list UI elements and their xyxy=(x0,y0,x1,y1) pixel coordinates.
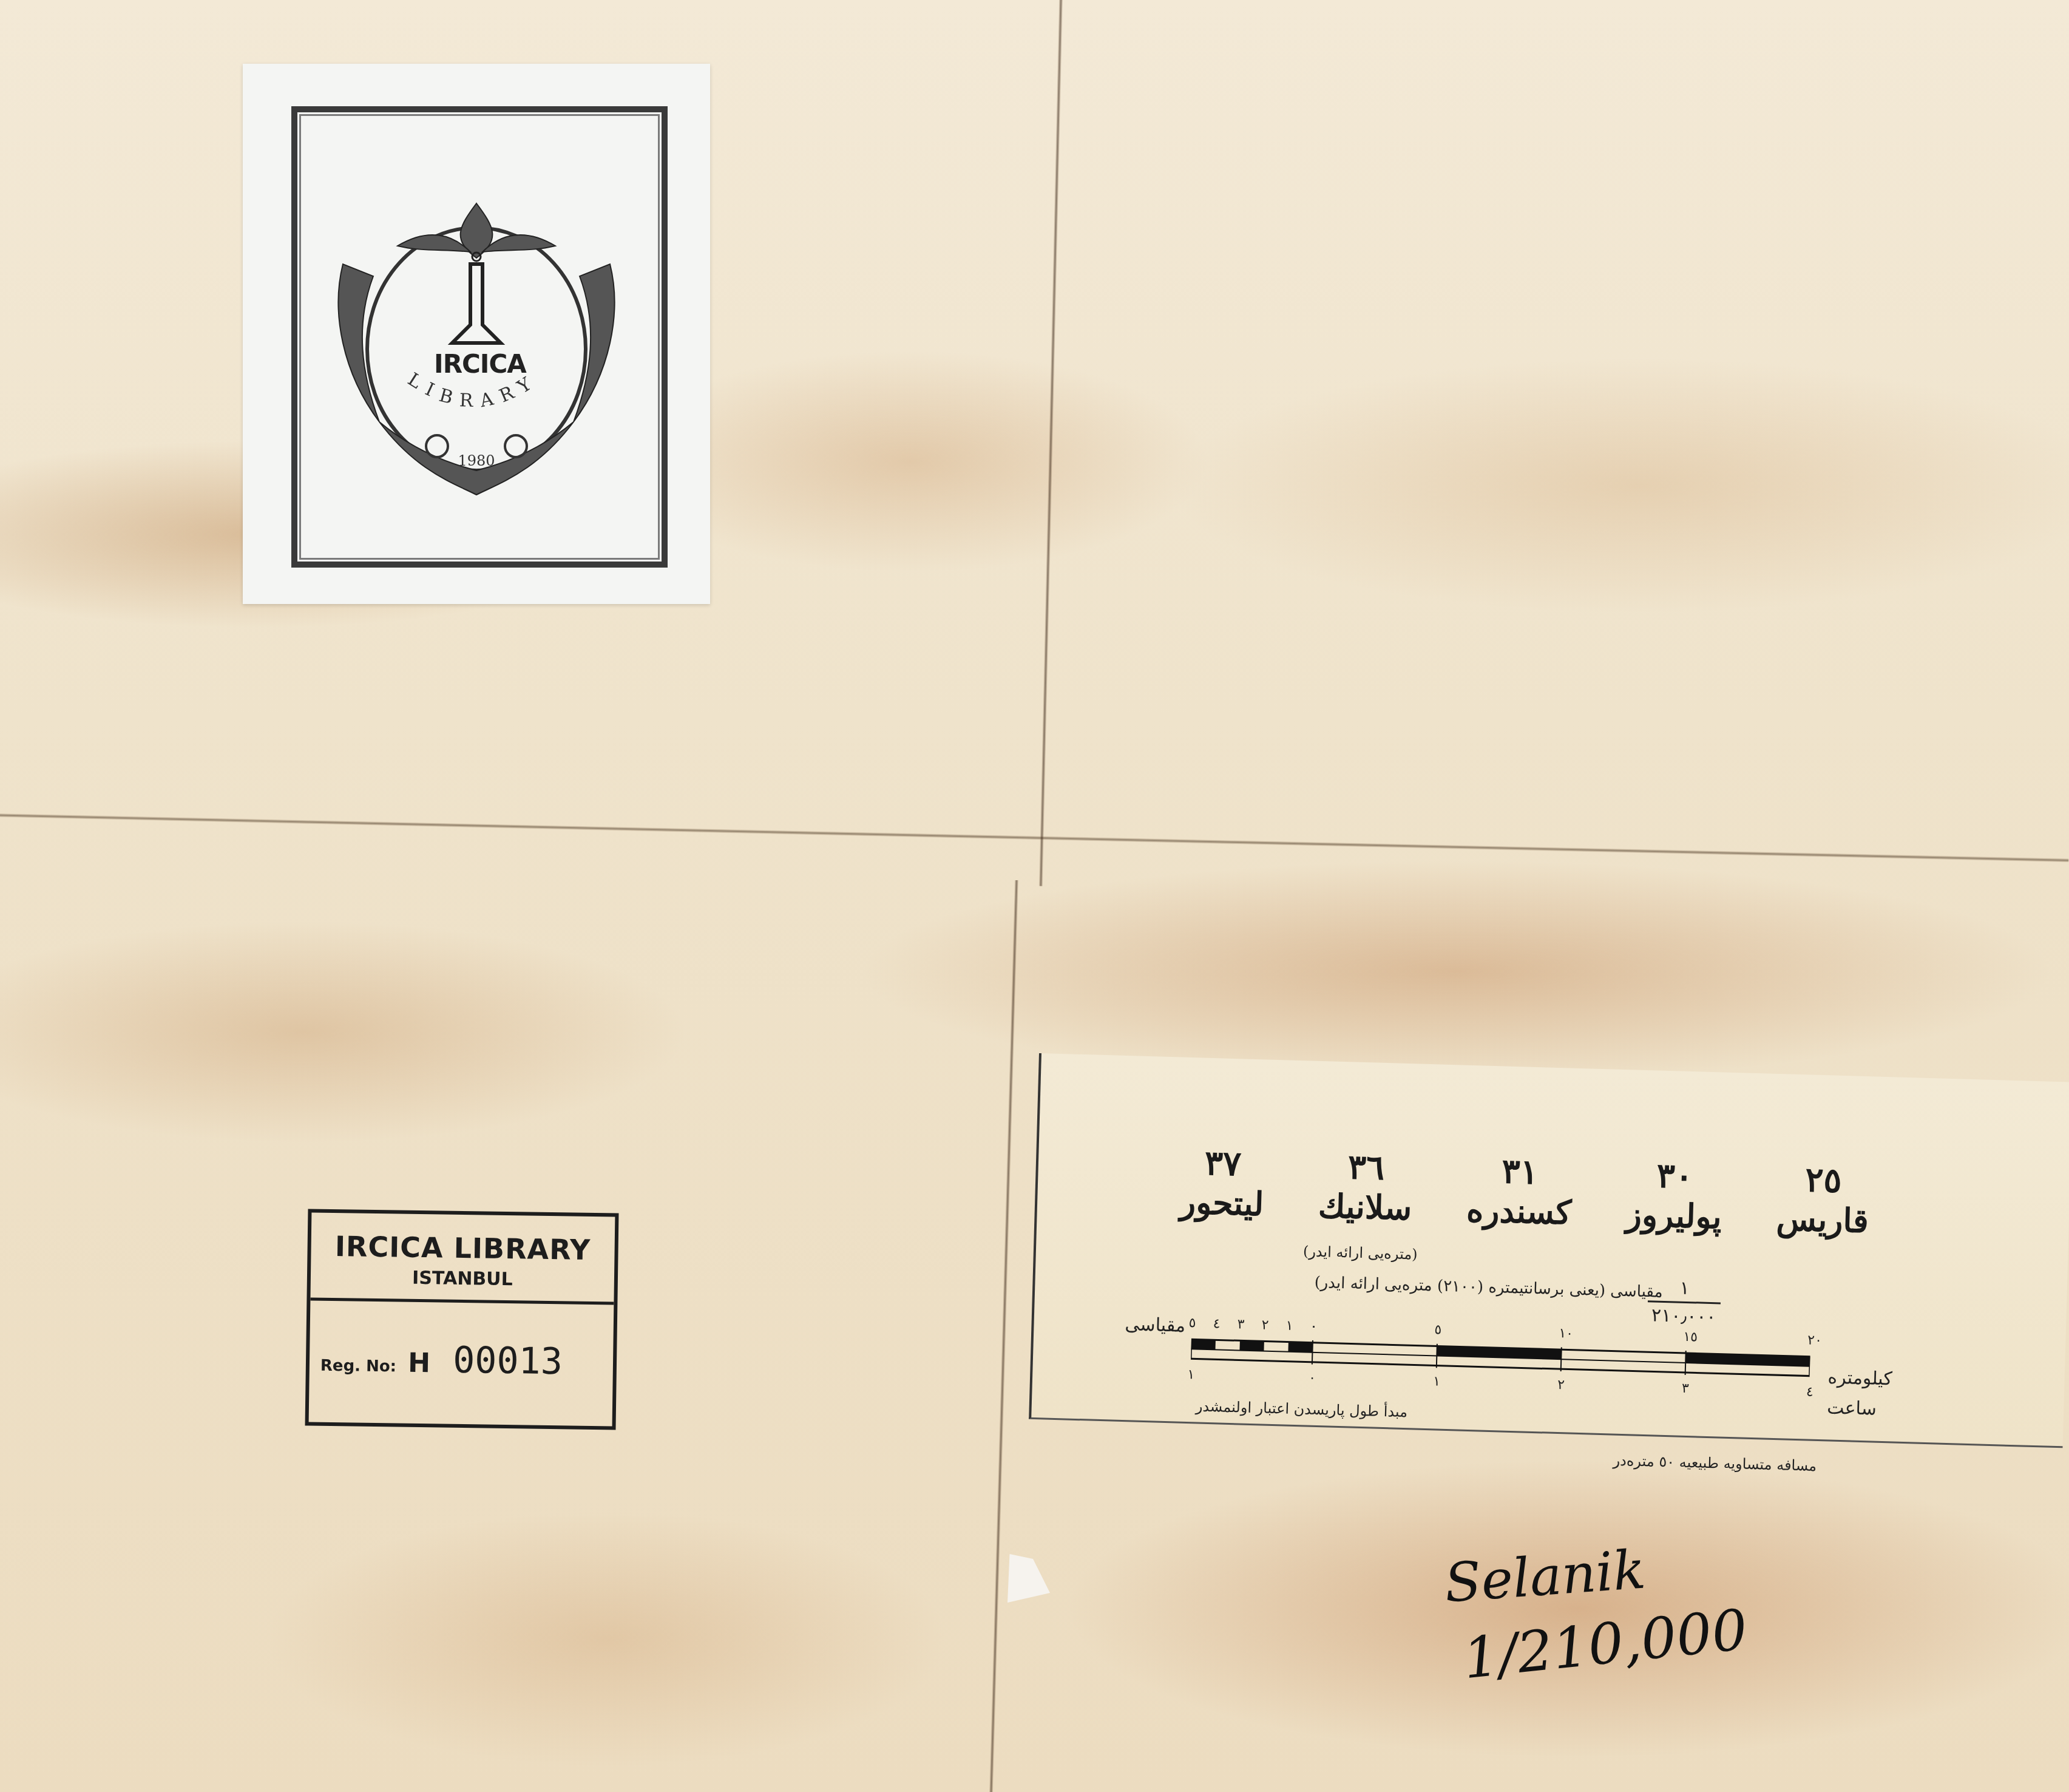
scale-tick-label: ٢ xyxy=(1261,1317,1269,1332)
library-stamp: IRCICA LIBRARY ISTANBUL Reg. No: H 00013 xyxy=(305,1209,619,1430)
unit-hour: ساعت xyxy=(1827,1397,1877,1419)
sheet-number: ٣٧ xyxy=(1180,1142,1265,1185)
scale-tick-label: ٤ xyxy=(1213,1316,1221,1331)
ex-libris-bookplate: IRCICA LIBRARY 1980 xyxy=(243,64,710,604)
scale-note-continued: (متره‌یی ارائه ایدر) xyxy=(1303,1243,1418,1263)
sheet-number: ٣١ xyxy=(1467,1150,1573,1193)
scale-tick-label: ١٥ xyxy=(1683,1329,1698,1345)
reg-label: Reg. No: xyxy=(320,1357,397,1376)
reg-number: 00013 xyxy=(453,1339,563,1383)
scale-tick-label: ٤ xyxy=(1806,1385,1814,1400)
reg-code: H xyxy=(408,1348,431,1379)
scale-tick-label: ٣ xyxy=(1237,1317,1245,1332)
sheet-name: پولیروز xyxy=(1625,1195,1722,1236)
scale-description: مقیاسی (یعنی برسانتیمتره (٢١٠٠) متره‌یی … xyxy=(1314,1274,1663,1302)
scale-tick-label: ١٠ xyxy=(1559,1326,1573,1342)
unit-kilometre: کیلومتره xyxy=(1827,1367,1892,1390)
svg-text:LIBRARY: LIBRARY xyxy=(404,368,543,412)
scale-tick-label: ٥ xyxy=(1188,1315,1196,1331)
scale-tick-label: ٠ xyxy=(1309,1371,1316,1386)
adjacent-sheet: ٣١کسندره xyxy=(1466,1150,1573,1232)
sheet-number: ٣٦ xyxy=(1319,1146,1414,1189)
scale-tick-label: ٢ xyxy=(1557,1377,1565,1393)
stamp-city: ISTANBUL xyxy=(311,1266,614,1292)
scale-bar-label: مقیاسی xyxy=(1125,1314,1186,1337)
sheet-number: ٢٥ xyxy=(1777,1159,1871,1201)
founding-year: 1980 xyxy=(452,452,501,469)
sheet-number: ٣٠ xyxy=(1627,1155,1723,1197)
scale-tick-label: ١ xyxy=(1433,1374,1441,1389)
sheet-name: سلانیك xyxy=(1318,1186,1412,1227)
sheet-name: قاریس xyxy=(1776,1199,1869,1240)
adjacent-sheet: ٢٥قاریس xyxy=(1776,1159,1871,1240)
map-sheet-label: ٢٥قاریس٣٠پولیروز٣١کسندره٣٦سلانیك٣٧لیتحور… xyxy=(1029,1053,2069,1448)
adjacent-sheet: ٣٦سلانیك xyxy=(1318,1146,1414,1227)
stamp-title: IRCICA LIBRARY xyxy=(311,1213,615,1267)
scale-tick-label: ٠ xyxy=(1310,1319,1318,1334)
adjacent-sheets-list: ٢٥قاریس٣٠پولیروز٣١کسندره٣٦سلانیك٣٧لیتحور xyxy=(1179,1142,1870,1241)
sheet-name: کسندره xyxy=(1466,1190,1572,1232)
adjacent-sheet: ٣٠پولیروز xyxy=(1625,1155,1723,1236)
scale-denominator: ٢١٠٫٠٠٠ xyxy=(1647,1305,1721,1328)
scale-tick-label: ١ xyxy=(1187,1367,1195,1382)
scale-fraction: ١ ٢١٠٫٠٠٠ xyxy=(1647,1277,1721,1328)
scale-tick-label: ٢٠ xyxy=(1807,1333,1822,1349)
scale-tick-label: ٥ xyxy=(1434,1322,1442,1337)
scale-tick-label: ١ xyxy=(1285,1319,1293,1334)
scale-numerator: ١ xyxy=(1648,1277,1721,1300)
scale-tick-label: ٣ xyxy=(1682,1381,1690,1396)
graphic-scale-bar xyxy=(1191,1337,1810,1378)
adjacent-sheet: ٣٧لیتحور xyxy=(1179,1142,1265,1224)
sheet-name: لیتحور xyxy=(1179,1183,1264,1224)
registration-number: Reg. No: H 00013 xyxy=(310,1301,614,1384)
prime-meridian-note: مبدأ طول پاریسدن اعتبار اولنمشدر xyxy=(1195,1397,1407,1420)
